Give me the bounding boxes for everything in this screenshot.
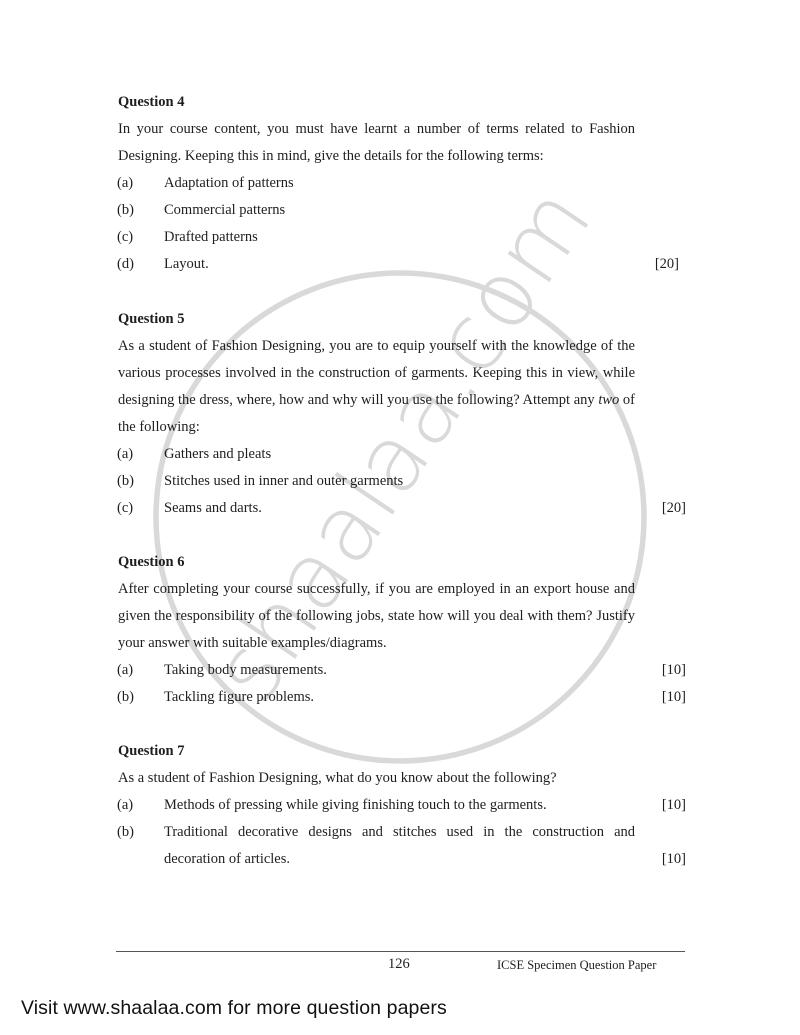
item-label: (a) (117, 657, 157, 684)
question-text: As a student of Fashion Designing, what … (118, 765, 635, 792)
item-label: (a) (117, 792, 157, 819)
question-item: (b) Tackling figure problems. [10] (118, 684, 686, 711)
footer-divider (116, 951, 685, 952)
item-label: (c) (117, 224, 157, 251)
marks-badge: [20] (655, 251, 679, 278)
item-label: (a) (117, 170, 157, 197)
question-text-emphasis: two (598, 392, 619, 408)
item-label: (b) (117, 819, 157, 846)
marks-badge: [10] (662, 657, 686, 684)
question-item: (a) Adaptation of patterns (118, 170, 686, 197)
question-item: (b) Traditional decorative designs and s… (118, 819, 686, 873)
question-heading: Question 6 (118, 549, 686, 576)
question-7: Question 7 As a student of Fashion Desig… (118, 738, 686, 873)
question-item: (a) Taking body measurements. [10] (118, 657, 686, 684)
question-text: After completing your course successfull… (118, 576, 635, 657)
item-text: Adaptation of patterns (164, 170, 635, 197)
question-heading: Question 7 (118, 738, 686, 765)
item-text: Stitches used in inner and outer garment… (164, 468, 635, 495)
question-text: In your course content, you must have le… (118, 116, 635, 170)
marks-badge: [10] (662, 684, 686, 711)
question-4: Question 4 In your course content, you m… (118, 89, 686, 278)
question-item: (a) Gathers and pleats (118, 441, 686, 468)
item-text: Drafted patterns (164, 224, 635, 251)
question-item: (a) Methods of pressing while giving fin… (118, 792, 686, 819)
question-item: (c) Drafted patterns (118, 224, 686, 251)
item-text: Commercial patterns (164, 197, 635, 224)
item-text: Tackling figure problems. (164, 684, 635, 711)
item-label: (b) (117, 197, 157, 224)
question-heading: Question 4 (118, 89, 686, 116)
question-text-main: As a student of Fashion Designing, you a… (118, 338, 635, 408)
marks-badge: [20] (662, 495, 686, 522)
item-text: Methods of pressing while giving finishi… (164, 792, 635, 819)
question-item: (b) Commercial patterns (118, 197, 686, 224)
item-text: Taking body measurements. (164, 657, 635, 684)
marks-badge: [10] (662, 846, 686, 873)
item-label: (b) (117, 468, 157, 495)
item-text: Layout. (164, 251, 635, 278)
item-label: (a) (117, 441, 157, 468)
question-heading: Question 5 (118, 306, 686, 333)
item-text: Gathers and pleats (164, 441, 635, 468)
item-text: Traditional decorative designs and stitc… (164, 819, 635, 873)
question-paper-page: shaalaa.com Question 4 In your course co… (0, 0, 800, 1035)
question-text: As a student of Fashion Designing, you a… (118, 333, 635, 441)
item-label: (b) (117, 684, 157, 711)
question-5: Question 5 As a student of Fashion Desig… (118, 306, 686, 522)
item-text: Seams and darts. (164, 495, 635, 522)
item-label: (d) (117, 251, 157, 278)
marks-badge: [10] (662, 792, 686, 819)
site-notice: Visit www.shaalaa.com for more question … (21, 995, 447, 1021)
item-label: (c) (117, 495, 157, 522)
question-item: (b) Stitches used in inner and outer gar… (118, 468, 686, 495)
footer-title: ICSE Specimen Question Paper (497, 956, 656, 974)
question-6: Question 6 After completing your course … (118, 549, 686, 711)
question-item: (d) Layout. [20] (118, 251, 686, 278)
page-number: 126 (388, 955, 410, 973)
question-item: (c) Seams and darts. [20] (118, 495, 686, 522)
